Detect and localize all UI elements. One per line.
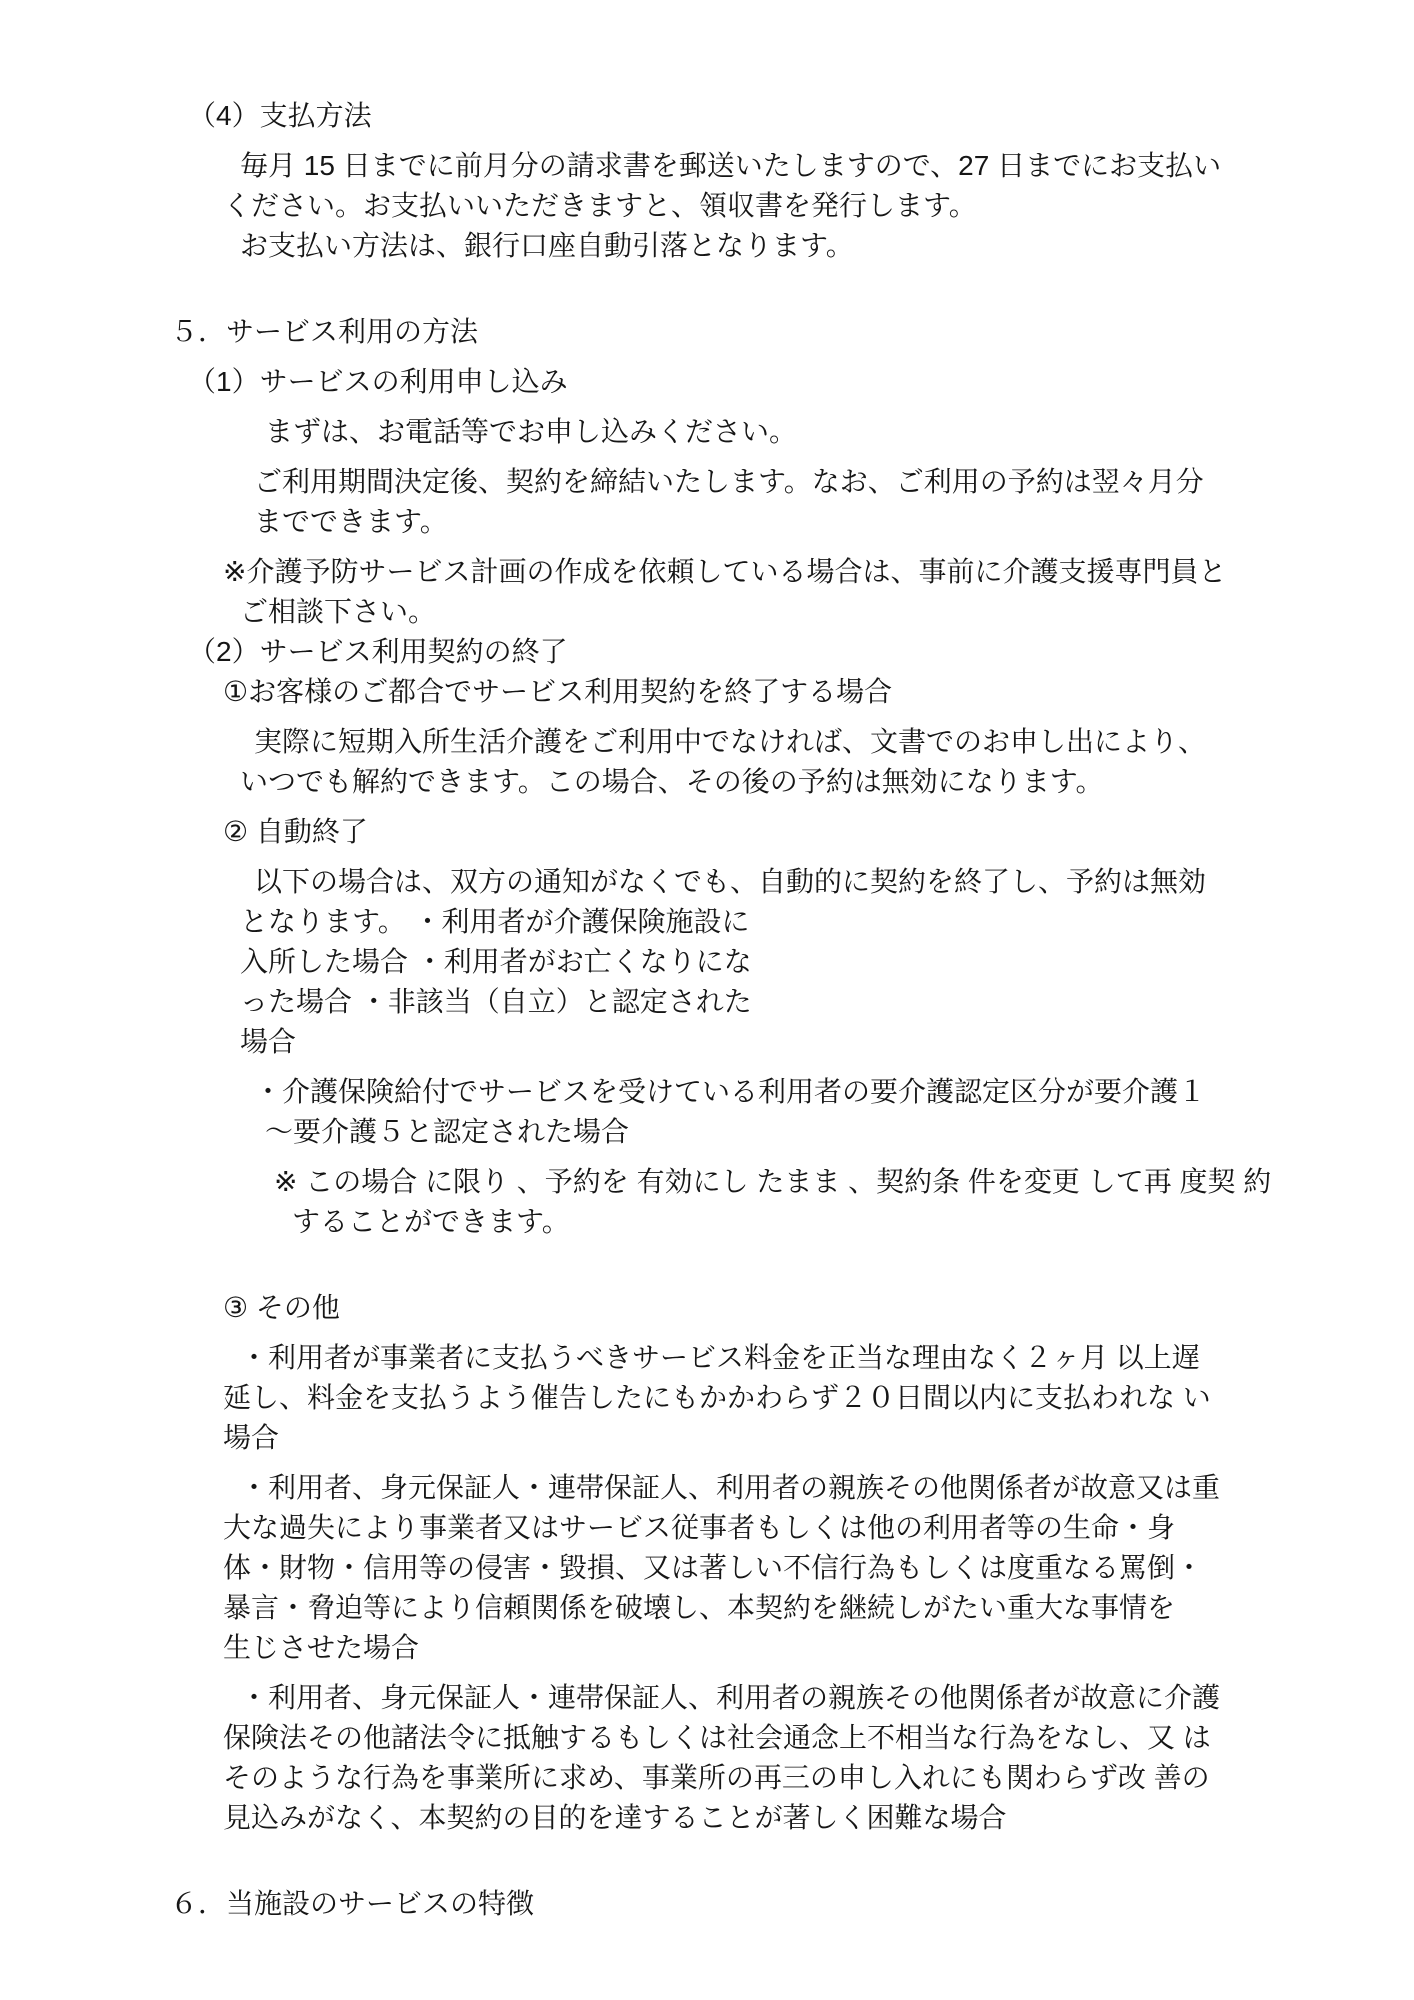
subheading-automatic-termination: ② 自動終了 xyxy=(0,812,1414,852)
doc-line: 生じさせた場合 xyxy=(0,1628,1414,1668)
subheading-other: ③ その他 xyxy=(0,1288,1414,1328)
doc-line: そのような行為を事業所に求め、事業所の再三の申し入れにも関わらず改 善の xyxy=(0,1758,1414,1798)
doc-line: までできます。 xyxy=(0,502,1414,542)
doc-line: ～要介護５と認定された場合 xyxy=(0,1112,1414,1152)
doc-line: お支払い方法は、銀行口座自動引落となります。 xyxy=(0,226,1414,266)
doc-bullet-line: ・利用者が事業者に支払うべきサービス料金を正当な理由なく２ヶ月 以上遅 xyxy=(0,1338,1414,1378)
doc-line: 大な過失により事業者又はサービス従事者もしくは他の利用者等の生命・身 xyxy=(0,1508,1414,1548)
section-heading-5: ５．サービス利用の方法 xyxy=(0,312,1414,352)
doc-line: ください。お支払いいただきますと、領収書を発行します。 xyxy=(0,186,1414,226)
doc-bullet-line: ・介護保険給付でサービスを受けている利用者の要介護認定区分が要介護１ xyxy=(0,1072,1414,1112)
subheading-termination-by-user: ①お客様のご都合でサービス利用契約を終了する場合 xyxy=(0,672,1414,712)
doc-line: った場合 ・非該当（自立）と認定された xyxy=(0,982,1414,1022)
section-heading-6: ６．当施設のサービスの特徴 xyxy=(0,1884,1414,1924)
doc-line: 場合 xyxy=(0,1418,1414,1458)
doc-line: となります。 ・利用者が介護保険施設に xyxy=(0,902,1414,942)
doc-bullet-line: ・利用者、身元保証人・連帯保証人、利用者の親族その他関係者が故意に介護 xyxy=(0,1678,1414,1718)
doc-line: 以下の場合は、双方の通知がなくでも、自動的に契約を終了し、予約は無効 xyxy=(0,862,1414,902)
heading-contract-termination: （2）サービス利用契約の終了 xyxy=(0,632,1414,672)
doc-line: 延し、料金を支払うよう催告したにもかかわらず２０日間以内に支払われな い xyxy=(0,1378,1414,1418)
doc-line: 保険法その他諸法令に抵触するもしくは社会通念上不相当な行為をなし、又 は xyxy=(0,1718,1414,1758)
heading-payment-method: （4）支払方法 xyxy=(0,96,1414,136)
doc-line: いつでも解約できます。この場合、その後の予約は無効になります。 xyxy=(0,762,1414,802)
heading-service-application: （1）サービスの利用申し込み xyxy=(0,362,1414,402)
doc-note-line: ※介護予防サービス計画の作成を依頼している場合は、事前に介護支援専門員と xyxy=(0,552,1414,592)
document-page: （4）支払方法 毎月 15 日までに前月分の請求書を郵送いたしますので、27 日… xyxy=(0,0,1414,2000)
doc-line: 暴言・脅迫等により信頼関係を破壊し、本契約を継続しがたい重大な事情を xyxy=(0,1588,1414,1628)
doc-note-line: ※ この場合 に限り 、予約を 有効にし たまま 、契約条 件を変更 して再 度… xyxy=(0,1162,1414,1202)
doc-line: 体・財物・信用等の侵害・毀損、又は著しい不信行為もしくは度重なる罵倒・ xyxy=(0,1548,1414,1588)
doc-line: まずは、お電話等でお申し込みください。 xyxy=(0,412,1414,452)
doc-line: ご相談下さい。 xyxy=(0,592,1414,632)
doc-bullet-line: ・利用者、身元保証人・連帯保証人、利用者の親族その他関係者が故意又は重 xyxy=(0,1468,1414,1508)
doc-line: 毎月 15 日までに前月分の請求書を郵送いたしますので、27 日までにお支払い xyxy=(0,146,1414,186)
doc-line: することができます。 xyxy=(0,1202,1414,1242)
doc-line: 場合 xyxy=(0,1022,1414,1062)
doc-line: 入所した場合 ・利用者がお亡くなりにな xyxy=(0,942,1414,982)
doc-line: 見込みがなく、本契約の目的を達することが著しく困難な場合 xyxy=(0,1798,1414,1838)
doc-line: 実際に短期入所生活介護をご利用中でなければ、文書でのお申し出により、 xyxy=(0,722,1414,762)
doc-line: ご利用期間決定後、契約を締結いたします。なお、ご利用の予約は翌々月分 xyxy=(0,462,1414,502)
